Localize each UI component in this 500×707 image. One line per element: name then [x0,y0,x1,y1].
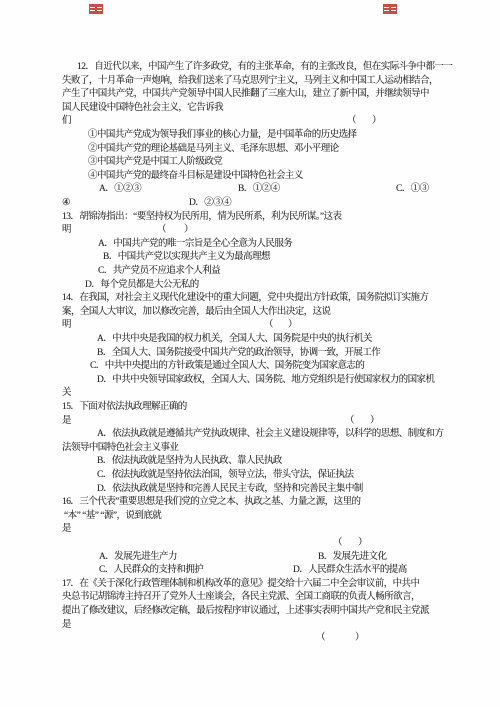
text-line: ④D．②③④ [0,197,500,211]
text-segment: 明 [62,224,71,236]
text-line: 法领导中国特色社会主义事业 [0,442,500,456]
text-segment: 案，全国人大审议，加以修改完善，最后由全国人大作出决定，这说 [62,306,331,318]
text-segment: A．①②③ [99,183,141,195]
text-segment: 法领导中国特色社会主义事业 [62,442,178,454]
text-segment: ③中国共产党是中国工人阶级政党 [88,156,222,168]
text-line: 是 [0,523,500,537]
text-segment: 失败了，十月革命一声炮响，给我们送来了马克思列宁主义，马列主义和中国工人运动相结… [62,75,438,87]
text-segment: 提出了修改建议，后经修改定稿，最后按程序审议通过，上述事实表明中国共产党和民主党… [62,605,429,617]
text-segment: B．①②④ [238,183,280,195]
text-segment: 们 [62,115,71,127]
text-line: 14．在我国，对社会主义现代化建设中的重大问题，党中央提出方针政策，国务院拟订实… [0,292,500,306]
text-segment: ②中国共产党的理论基础是马列主义、毛泽东思想、邓小平理论 [88,143,339,155]
text-segment: B．全国人大、国务院接受中国共产党的政治领导，协调一致，开展工作 [97,347,380,359]
text-segment: 15．下面对依法执政理解正确的 [62,401,187,413]
text-line: B．依法执政就是坚持为人民执政、靠人民执政 [0,455,500,469]
text-segment: ①中国共产党成为领导我们事业的核心力量，是中国革命的历史选择 [88,129,357,141]
text-line: 17．在《关于深化行政管理体制和机构改革的意见》提交给十六届二中全会审议前，中共… [0,578,500,592]
text-segment: （ [157,224,166,236]
text-line: 13．胡锦涛指出：“要坚持权为民所用，情为民所系，利为民所谋。”这表 [0,211,500,225]
text-line: A．中国共产党的唯一宗旨是全心全意为人民服务 [0,238,500,252]
text-line: 产生了中国共产党，中国共产党领导中国人民推翻了三座大山，建立了新中国，并继续领导… [0,88,500,102]
text-line: C．共产党员不应追求个人利益 [0,265,500,279]
text-segment: 14．在我国，对社会主义现代化建设中的重大问题，党中央提出方针政策，国务院拟订实… [62,292,428,304]
text-line: 提出了修改建议，后经修改定稿，最后按程序审议通过，上述事实表明中国共产党和民主党… [0,605,500,619]
text-line: 央总书记胡锦涛主持召开了党外人士座谈会，各民主党派、全国工商联的负责人畅所欲言， [0,591,500,605]
text-line: 关 [0,387,500,401]
text-segment: 明 [62,319,71,331]
text-line: D．依法执政就是坚持和完善人民民主专政，坚持和完善民主集中制 [0,483,500,497]
text-segment: B．发展先进文化 [318,551,386,563]
text-segment: 产生了中国共产党，中国共产党领导中国人民推翻了三座大山，建立了新中国，并继续领导… [62,88,429,100]
text-segment: A．发展先进生产力 [99,551,177,563]
text-line: ①中国共产党成为领导我们事业的核心力量，是中国革命的历史选择 [0,129,500,143]
text-line: （） [0,632,500,646]
text-segment: （ [333,537,342,549]
text-segment: （ [347,115,356,127]
text-line: 明（） [0,319,500,333]
document-page: 12．自近代以来，中国产生了许多政党，有的主张革命，有的主张改良，但在实际斗争中… [0,0,500,707]
text-segment: C．人民群众的支持和拥护 [99,564,203,576]
text-line: 国人民建设中国特色社会主义，它告诉我 [0,102,500,116]
text-line: 16．三个代表”重要思想是我们党的立党之本、执政之基、力量之源，这里的 [0,496,500,510]
text-segment: A．依法执政就是遵循共产党执政规律、社会主义建设规律等，以科学的思想、制度和方 [97,428,443,440]
text-segment: C．依法执政就是坚持依法治国，领导立法，带头守法，保证执法 [97,469,353,481]
text-line: C．中共中央提出的方针政策是通过全国人大、国务院变为国家意志的 [0,360,500,374]
text-line: 是 [0,619,500,633]
text-line: 是（） [0,415,500,429]
text-line: ②中国共产党的理论基础是马列主义、毛泽东思想、邓小平理论 [0,143,500,157]
text-segment: B．依法执政就是坚持为人民执政、靠人民执政 [97,455,282,467]
text-segment: ） [372,115,381,127]
text-segment: A．中国共产党的唯一宗旨是全心全意为人民服务 [98,238,292,250]
text-segment: C．①③ [396,183,429,195]
text-line: “本” “基” “源”，说到底就 [0,510,500,524]
text-line: 12．自近代以来，中国产生了许多政党，有的主张革命，有的主张改良，但在实际斗争中… [0,61,500,75]
text-segment: B．中国共产党以实现共产主义为最高理想 [103,251,270,263]
text-segment: D．中共中央领导国家政权，全国人大、国务院、地方党组织是行使国家权力的国家机 [97,374,434,386]
text-line: B．全国人大、国务院接受中国共产党的政治领导，协调一致，开展工作 [0,347,500,361]
text-segment: 是 [62,523,71,535]
text-segment: （ [345,415,354,427]
text-line: 们（） [0,115,500,129]
text-segment: ④ [62,197,70,209]
text-line: C．人民群众的支持和拥护D．人民群众生活水平的提高 [0,564,500,578]
text-segment: 13．胡锦涛指出：“要坚持权为民所用，情为民所系，利为民所谋。”这表 [62,211,342,223]
text-segment: ） [358,537,367,549]
text-segment: 16．三个代表”重要思想是我们党的立党之本、执政之基、力量之源，这里的 [62,496,360,508]
red-watermark-stamp-right [384,5,398,14]
text-line: A．①②③B．①②④C．①③ [0,183,500,197]
text-segment: ） [355,632,364,644]
text-segment: D．②③④ [189,197,231,209]
text-segment: A．中共中央是我国的权力机关，全国人大、国务院是中央的执行机关 [97,333,372,345]
text-line: 明（） [0,224,500,238]
text-line: D．中共中央领导国家政权，全国人大、国务院、地方党组织是行使国家权力的国家机 [0,374,500,388]
text-segment: 是 [62,619,71,631]
text-line: 失败了，十月革命一声炮响，给我们送来了马克思列宁主义，马列主义和中国工人运动相结… [0,75,500,89]
text-segment: 12．自近代以来，中国产生了许多政党，有的主张革命，有的主张改良，但在实际斗争中… [77,61,452,73]
text-segment: ④中国共产党的最终奋斗目标是建设中国特色社会主义 [88,170,303,182]
text-line: （） [0,537,500,551]
text-segment: 17．在《关于深化行政管理体制和机构改革的意见》提交给十六届二中全会审议前，中共… [62,578,419,590]
text-segment: C．共产党员不应追求个人利益 [98,265,220,277]
text-segment: D．依法执政就是坚持和完善人民民主专政，坚持和完善民主集中制 [97,483,363,495]
text-segment: 是 [62,415,71,427]
text-segment: “本” “基” “源”，说到底就 [64,510,161,522]
text-line: ④中国共产党的最终奋斗目标是建设中国特色社会主义 [0,170,500,184]
text-segment: 央总书记胡锦涛主持召开了党外人士座谈会，各民主党派、全国工商联的负责人畅所欲言， [62,591,420,603]
text-segment: D．每个党员都是大公无私的 [85,279,199,291]
text-segment: D．人民群众生活水平的提高 [293,564,407,576]
red-watermark-stamp-left [90,5,104,14]
text-line: 15．下面对依法执政理解正确的 [0,401,500,415]
text-segment: C．中共中央提出的方针政策是通过全国人大、国务院变为国家意志的 [90,360,364,372]
text-segment: ） [370,415,379,427]
text-line: B．中国共产党以实现共产主义为最高理想 [0,251,500,265]
text-line: D．每个党员都是大公无私的 [0,279,500,293]
text-segment: 关 [62,387,71,399]
text-segment: ） [288,319,297,331]
text-segment: （ [316,632,325,644]
text-segment: （ [264,319,273,331]
text-line: C．依法执政就是坚持依法治国，领导立法，带头守法，保证执法 [0,469,500,483]
text-segment: 国人民建设中国特色社会主义，它告诉我 [62,102,223,114]
text-line: A．发展先进生产力B．发展先进文化 [0,551,500,565]
text-line: 案，全国人大审议，加以修改完善，最后由全国人大作出决定，这说 [0,306,500,320]
text-segment: ） [184,224,193,236]
text-line: A．依法执政就是遵循共产党执政规律、社会主义建设规律等，以科学的思想、制度和方 [0,428,500,442]
text-line: A．中共中央是我国的权力机关，全国人大、国务院是中央的执行机关 [0,333,500,347]
text-line: ③中国共产党是中国工人阶级政党 [0,156,500,170]
